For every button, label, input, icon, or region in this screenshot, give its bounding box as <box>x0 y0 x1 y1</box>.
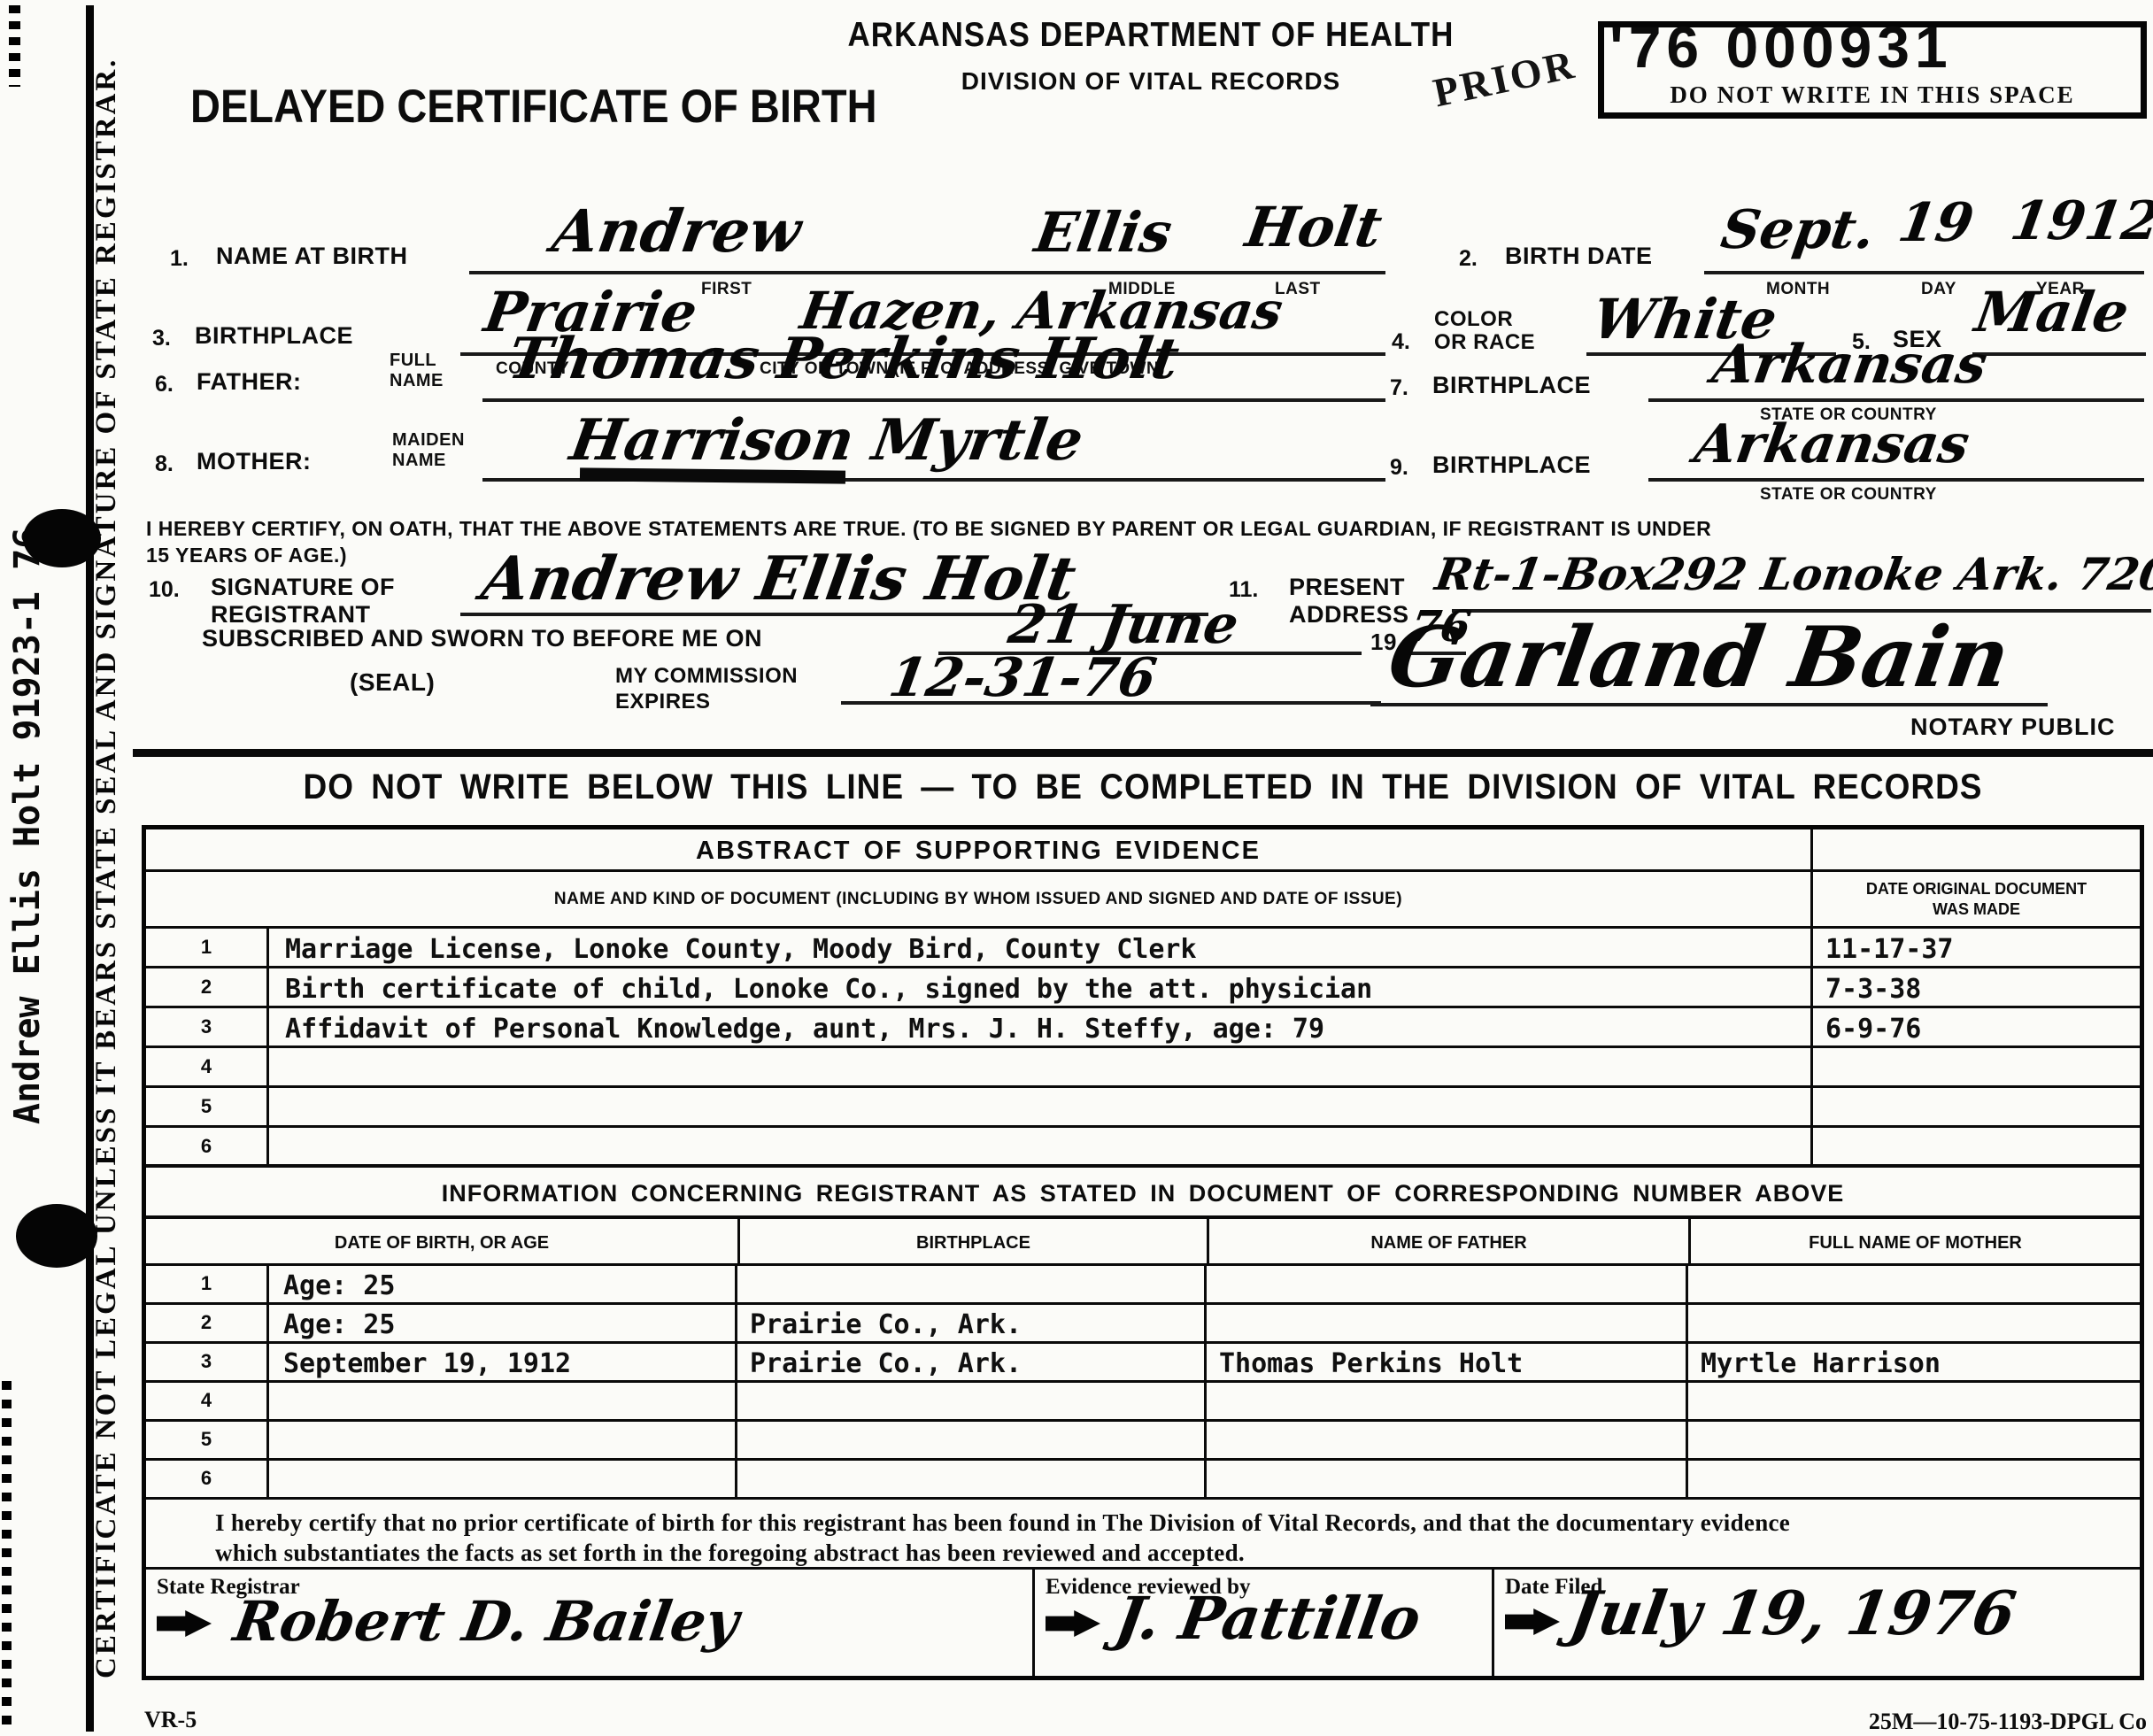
registrant-row-dob <box>269 1383 735 1419</box>
evidence-reviewed-cell: Evidence reviewed by J. Pattillo <box>1035 1570 1494 1676</box>
vital-records-section: ABSTRACT OF SUPPORTING EVIDENCE NAME AND… <box>142 825 2144 1680</box>
registrant-row: 5 <box>146 1422 2140 1461</box>
signoff-row: State Registrar Robert D. Bailey Evidenc… <box>146 1570 2140 1676</box>
registrant-col-birthplace-header: BIRTHPLACE <box>737 1219 1207 1263</box>
print-code: 25M—10-75-1193-DPGL Co <box>1779 1709 2147 1735</box>
registrant-row-birthplace <box>735 1266 1204 1302</box>
margin-filing-annotation: Andrew Ellis Holt 91923-1 76 <box>7 283 66 1124</box>
arrow-icon <box>1046 1610 1100 1637</box>
father-name-value: Thomas Perkins Holt <box>505 331 1183 388</box>
registrant-signature-value: Andrew Ellis Holt <box>478 549 1080 609</box>
evidence-row-document: Affidavit of Personal Knowledge, aunt, M… <box>269 1008 1810 1045</box>
evidence-row-number: 2 <box>146 968 269 1006</box>
registrant-row-father: Thomas Perkins Holt <box>1204 1344 1686 1380</box>
evidence-row-number: 1 <box>146 929 269 966</box>
field-2-underline <box>1704 271 2144 274</box>
certification-block: I hereby certify that no prior certifica… <box>146 1500 2140 1570</box>
section-divider-rule <box>133 749 2153 757</box>
evidence-row-date <box>1810 1088 2140 1125</box>
sworn-label: SUBSCRIBED AND SWORN TO BEFORE ME ON <box>202 625 762 652</box>
registrant-row: 3 September 19, 1912 Prairie Co., Ark. T… <box>146 1344 2140 1383</box>
evidence-reviewed-signature: J. Pattillo <box>1112 1589 1424 1647</box>
evidence-row-number: 6 <box>146 1128 269 1164</box>
present-address-value: Rt-1-Box292 Lonoke Ark. 72086 <box>1432 552 2153 597</box>
field-2-number: 2. <box>1459 246 1478 272</box>
registrant-row-mother <box>1686 1422 2140 1458</box>
name-last-value: Holt <box>1242 200 1385 255</box>
certification-text: I hereby certify that no prior certifica… <box>146 1500 2140 1567</box>
department-heading: ARKANSAS DEPARTMENT OF HEALTH <box>761 16 1540 55</box>
evidence-col-date-header: DATE ORIGINAL DOCUMENT WAS MADE <box>1810 872 2140 926</box>
father-birthplace-value: Arkansas <box>1709 338 1990 391</box>
evidence-row-number: 5 <box>146 1088 269 1125</box>
registrant-row-mother <box>1686 1305 2140 1341</box>
evidence-table-title: ABSTRACT OF SUPPORTING EVIDENCE <box>146 829 1810 869</box>
evidence-row: 3 Affidavit of Personal Knowledge, aunt,… <box>146 1008 2140 1048</box>
field-10-label: SIGNATURE OF REGISTRANT <box>211 574 395 629</box>
field-5-underline <box>1972 352 2146 356</box>
evidence-row: 4 <box>146 1048 2140 1088</box>
field-6-underline <box>482 398 1385 402</box>
punch-hole <box>16 1204 97 1268</box>
field-9-underline <box>1648 478 2144 482</box>
evidence-row-document <box>269 1128 1810 1164</box>
evidence-row-document: Birth certificate of child, Lonoke Co., … <box>269 968 1810 1006</box>
punch-hole <box>23 509 101 567</box>
scan-edge-ticks-top <box>9 5 20 87</box>
sub-mother-state: STATE OR COUNTRY <box>1760 485 1937 505</box>
registrant-table-title: INFORMATION CONCERNING REGISTRANT AS STA… <box>146 1168 2140 1219</box>
registrant-row-father <box>1204 1461 1686 1497</box>
registrant-row-father <box>1204 1383 1686 1419</box>
evidence-row-number: 3 <box>146 1008 269 1045</box>
field-4-number: 4. <box>1392 329 1410 355</box>
field-6-label: FATHER: <box>197 368 302 396</box>
do-not-write-below-banner: DO NOT WRITE BELOW THIS LINE — TO BE COM… <box>133 767 2153 806</box>
registrant-row: 4 <box>146 1383 2140 1422</box>
evidence-table-title-row: ABSTRACT OF SUPPORTING EVIDENCE <box>146 829 2140 872</box>
field-6-number: 6. <box>155 372 174 397</box>
registrant-row-dob <box>269 1461 735 1497</box>
registrant-row-number: 3 <box>146 1344 269 1380</box>
oath-line-2: 15 YEARS OF AGE.) <box>146 544 347 567</box>
arrow-icon <box>157 1610 212 1637</box>
registrant-row-mother <box>1686 1383 2140 1419</box>
registrant-row-father <box>1204 1305 1686 1341</box>
field-1-label: NAME AT BIRTH <box>216 243 407 270</box>
division-heading: DIVISION OF VITAL RECORDS <box>850 67 1452 96</box>
registrant-row-dob: September 19, 1912 <box>269 1344 735 1380</box>
field-7-number: 7. <box>1390 375 1408 401</box>
field-1-number: 1. <box>170 246 189 272</box>
evidence-row: 6 <box>146 1128 2140 1168</box>
registrant-row-dob: Age: 25 <box>269 1305 735 1341</box>
registrant-row-mother: Myrtle Harrison <box>1686 1344 2140 1380</box>
registrant-col-mother-header: FULL NAME OF MOTHER <box>1688 1219 2140 1263</box>
birth-month-value: Sept. <box>1717 204 1879 257</box>
field-11-label: PRESENT ADDRESS <box>1289 574 1409 629</box>
registrant-row-birthplace <box>735 1422 1204 1458</box>
form-code: VR-5 <box>144 1707 197 1733</box>
seal-label: (SEAL) <box>350 668 435 697</box>
registrant-row-father <box>1204 1266 1686 1302</box>
registrant-row-dob <box>269 1422 735 1458</box>
evidence-row-document <box>269 1048 1810 1085</box>
evidence-table-header-row: NAME AND KIND OF DOCUMENT (INCLUDING BY … <box>146 872 2140 929</box>
field-1-underline <box>469 271 1385 274</box>
registrant-table-title-text: INFORMATION CONCERNING REGISTRANT AS STA… <box>146 1168 2140 1215</box>
evidence-date-col-spacer <box>1810 829 2140 869</box>
evidence-row: 1 Marriage License, Lonoke County, Moody… <box>146 929 2140 968</box>
evidence-row: 2 Birth certificate of child, Lonoke Co.… <box>146 968 2140 1008</box>
field-4-label: COLOR OR RACE <box>1434 308 1535 355</box>
mother-name-value: Harrison Myrtle <box>567 413 1087 469</box>
name-middle-value: Ellis <box>1031 205 1176 260</box>
registrant-row: 2 Age: 25 Prairie Co., Ark. <box>146 1305 2140 1344</box>
field-7-underline <box>1648 398 2144 402</box>
registrant-row-birthplace: Prairie Co., Ark. <box>735 1344 1204 1380</box>
mother-birthplace-value: Arkansas <box>1691 418 1972 471</box>
form-title: DELAYED CERTIFICATE OF BIRTH <box>190 79 877 134</box>
field-9-label: BIRTHPLACE <box>1432 451 1591 479</box>
registrant-row: 1 Age: 25 <box>146 1266 2140 1305</box>
evidence-col-document-header: NAME AND KIND OF DOCUMENT (INCLUDING BY … <box>146 872 1810 926</box>
registrant-row-number: 5 <box>146 1422 269 1458</box>
commission-expires-value: 12-31-76 <box>885 652 1160 705</box>
field-6-sublabel: FULL NAME <box>390 351 444 391</box>
margin-legal-notice: CERTIFICATE NOT LEGAL UNLESS IT BEARS ST… <box>90 0 135 1736</box>
evidence-row-date: 7-3-38 <box>1810 968 2140 1006</box>
sub-first: FIRST <box>701 280 752 299</box>
name-first-value: Andrew <box>549 202 805 260</box>
evidence-row-number: 4 <box>146 1048 269 1085</box>
birth-day-value: 19 <box>1894 197 1977 250</box>
field-8-number: 8. <box>155 451 174 477</box>
evidence-row-document: Marriage License, Lonoke County, Moody B… <box>269 929 1810 966</box>
registrant-row-father <box>1204 1422 1686 1458</box>
registrant-row-birthplace: Prairie Co., Ark. <box>735 1305 1204 1341</box>
registrant-row: 6 <box>146 1461 2140 1500</box>
field-8-label: MOTHER: <box>197 448 311 475</box>
field-7-label: BIRTHPLACE <box>1432 372 1591 399</box>
registrant-row-dob: Age: 25 <box>269 1266 735 1302</box>
evidence-row-date: 11-17-37 <box>1810 929 2140 966</box>
registrant-row-number: 4 <box>146 1383 269 1419</box>
field-10-number: 10. <box>149 577 180 603</box>
scanned-birth-certificate: CERTIFICATE NOT LEGAL UNLESS IT BEARS ST… <box>0 0 2153 1736</box>
birth-year-value: 1912 <box>2007 195 2153 248</box>
evidence-row-date: 6-9-76 <box>1810 1008 2140 1045</box>
date-filed-value: July 19, 1976 <box>1566 1584 2020 1644</box>
arrow-icon <box>1505 1609 1560 1635</box>
evidence-row-document <box>269 1088 1810 1125</box>
registrant-row-birthplace <box>735 1383 1204 1419</box>
notary-label: NOTARY PUBLIC <box>1910 714 2116 741</box>
oath-line-1: I HEREBY CERTIFY, ON OATH, THAT THE ABOV… <box>146 517 1711 541</box>
field-9-number: 9. <box>1390 455 1408 481</box>
registrant-col-father-header: NAME OF FATHER <box>1207 1219 1688 1263</box>
registrant-row-mother <box>1686 1461 2140 1497</box>
do-not-write-box: DO NOT WRITE IN THIS SPACE '76 000931 <box>1598 21 2147 119</box>
registrant-row-mother <box>1686 1266 2140 1302</box>
sub-day: DAY <box>1921 280 1956 299</box>
file-number-stamp: '76 000931 <box>1609 13 1953 81</box>
registrant-col-dob-header: DATE OF BIRTH, OR AGE <box>146 1219 737 1263</box>
evidence-row-date <box>1810 1128 2140 1164</box>
registrant-row-number: 2 <box>146 1305 269 1341</box>
state-registrar-cell: State Registrar Robert D. Bailey <box>146 1570 1035 1676</box>
sworn-date-value: 21 June <box>1005 598 1242 652</box>
notary-signature: Garland Bain <box>1384 616 2015 699</box>
date-filed-cell: Date Filed July 19, 1976 <box>1494 1570 2140 1676</box>
field-3-number: 3. <box>152 326 171 351</box>
field-3-label: BIRTHPLACE <box>195 322 353 350</box>
scan-edge-ticks-bottom <box>2 1381 12 1732</box>
field-2-label: BIRTH DATE <box>1505 243 1653 270</box>
registrant-row-number: 1 <box>146 1266 269 1302</box>
evidence-row-date <box>1810 1048 2140 1085</box>
registrant-row-number: 6 <box>146 1461 269 1497</box>
evidence-row: 5 <box>146 1088 2140 1128</box>
commission-label: MY COMMISSION EXPIRES <box>615 664 798 715</box>
do-not-write-label: DO NOT WRITE IN THIS SPACE <box>1604 81 2141 109</box>
field-8-sublabel: MAIDEN NAME <box>392 430 465 471</box>
state-registrar-signature: Robert D. Bailey <box>230 1594 742 1649</box>
sex-value: Male <box>1972 285 2133 340</box>
registrant-row-birthplace <box>735 1461 1204 1497</box>
registrant-table-header-row: DATE OF BIRTH, OR AGE BIRTHPLACE NAME OF… <box>146 1219 2140 1266</box>
